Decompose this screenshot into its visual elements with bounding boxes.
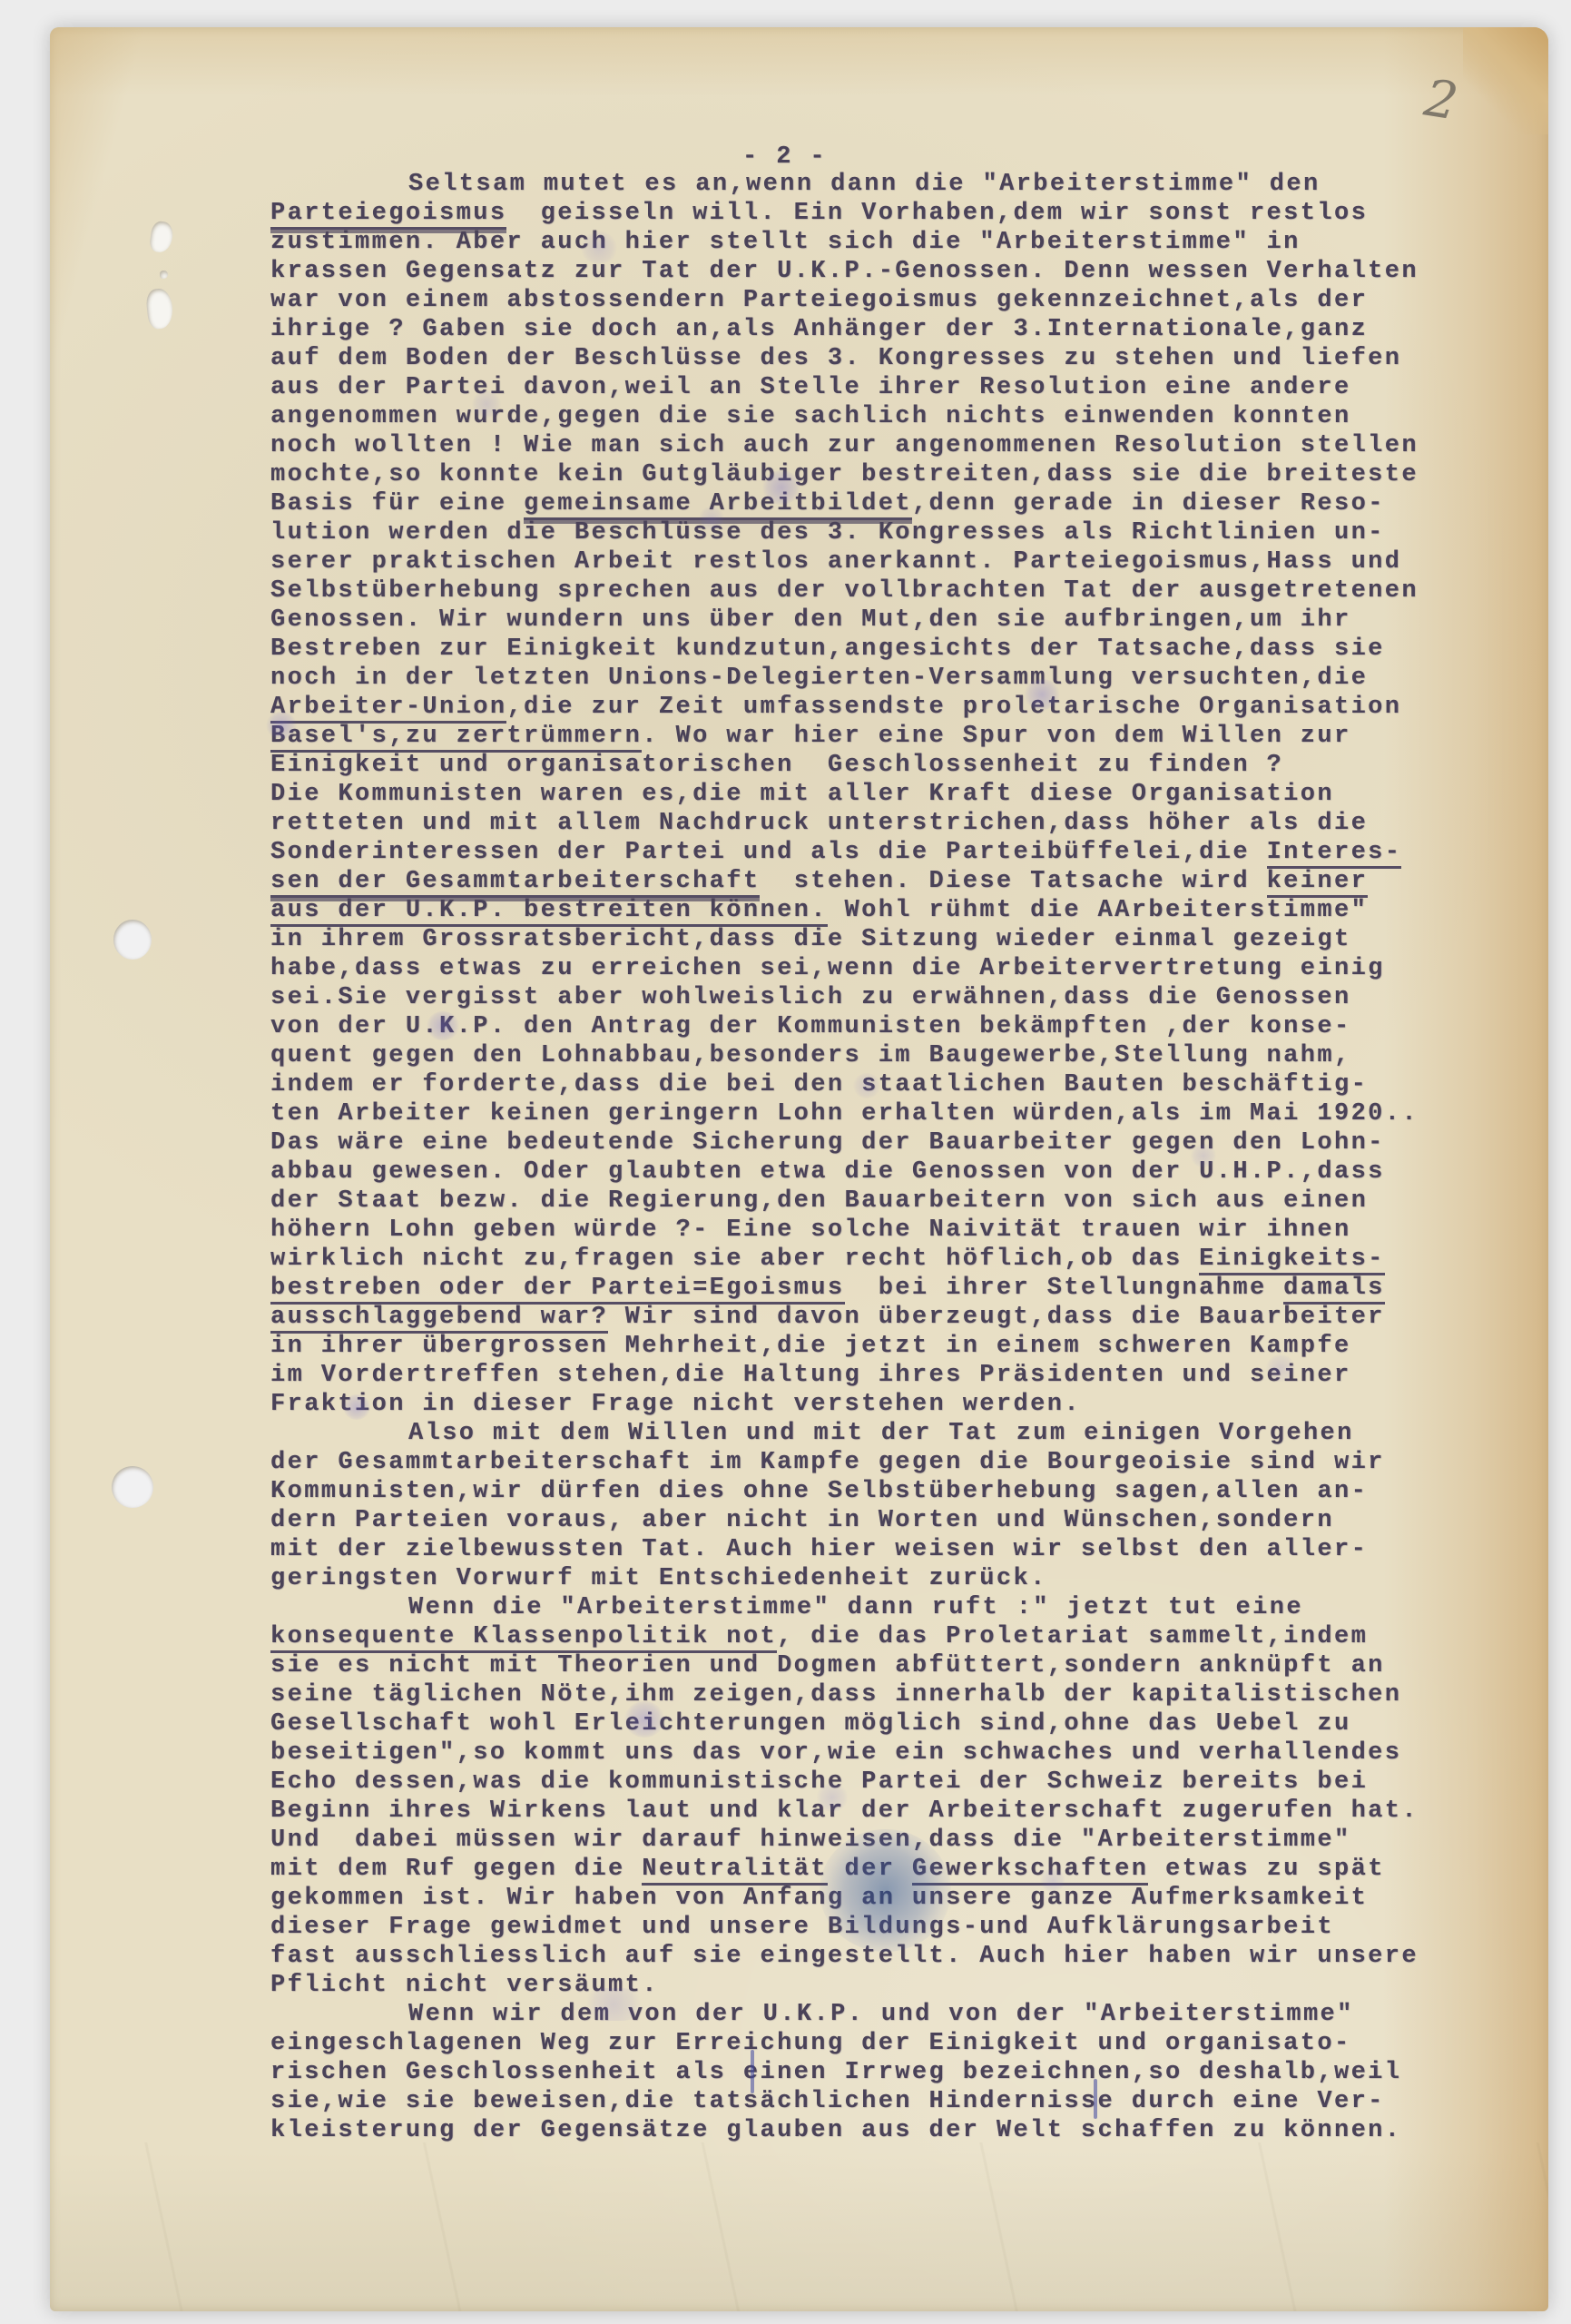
text-line: höhern Lohn geben würde ?- Eine solche N… — [270, 1216, 1505, 1245]
text-line: Genossen. Wir wundern uns über den Mut,d… — [270, 606, 1505, 635]
typed-text-body: Seltsam mutet es an,wenn dann die "Arbei… — [270, 170, 1505, 2145]
text-line: sei.Sie vergisst aber wohlweislich zu er… — [270, 983, 1505, 1012]
text-line: aus der U.K.P. bestreiten können. Wohl r… — [270, 896, 1505, 925]
torn-hole — [149, 220, 174, 253]
text-line: auf dem Boden der Beschlüsse des 3. Kong… — [270, 344, 1505, 373]
text-line: Und dabei müssen wir darauf hinweisen,da… — [270, 1826, 1505, 1855]
text-line: ausschlaggebend war? Wir sind davon über… — [270, 1303, 1505, 1332]
text-line: kleisterung der Gegensätze glauben aus d… — [270, 2116, 1505, 2145]
text-line: Einigkeit und organisatorischen Geschlos… — [270, 751, 1505, 780]
text-line: Das wäre eine bedeutende Sicherung der B… — [270, 1128, 1505, 1157]
text-line: gekommen ist. Wir haben von Anfang an un… — [270, 1884, 1505, 1913]
punch-hole — [113, 920, 152, 960]
text-line: Kommunisten,wir dürfen dies ohne Selbstü… — [270, 1477, 1505, 1506]
text-line: habe,dass etwas zu erreichen sei,wenn di… — [270, 954, 1505, 983]
typed-page-number: - 2 - — [742, 143, 827, 171]
text-line: mochte,so konnte kein Gutgläubiger bestr… — [270, 460, 1505, 489]
text-line: rischen Geschlossenheit als einen Irrweg… — [270, 2058, 1505, 2087]
text-line: mit der zielbewussten Tat. Auch hier wei… — [270, 1535, 1505, 1564]
text-line: fast ausschliesslich auf sie eingestellt… — [270, 1942, 1505, 1971]
text-line: Die Kommunisten waren es,die mit aller K… — [270, 780, 1505, 809]
text-line: dern Parteien voraus, aber nicht in Wort… — [270, 1506, 1505, 1535]
text-line: ten Arbeiter keinen geringern Lohn erhal… — [270, 1099, 1505, 1128]
text-line: zustimmen. Aber auch hier stellt sich di… — [270, 228, 1505, 257]
document-page: - 2 - 2 Seltsam mutet es an,wenn dann di… — [50, 27, 1548, 2311]
text-line: Selbstüberhebung sprechen aus der vollbr… — [270, 576, 1505, 606]
text-line: aus der Partei davon,weil an Stelle ihre… — [270, 373, 1505, 402]
text-line: konsequente Klassenpolitik not, die das … — [270, 1622, 1505, 1651]
text-line: abbau gewesen. Oder glaubten etwa die Ge… — [270, 1157, 1505, 1187]
paper-crease — [50, 2142, 1548, 2311]
text-line: Echo dessen,was die kommunistische Parte… — [270, 1768, 1505, 1797]
text-line: retteten und mit allem Nachdruck unterst… — [270, 809, 1505, 838]
text-line: Basis für eine gemeinsame Arbeitbildet,d… — [270, 489, 1505, 518]
text-line: mit dem Ruf gegen die Neutralität der Ge… — [270, 1855, 1505, 1884]
text-line: Basel's,zu zertrümmern. Wo war hier eine… — [270, 722, 1505, 751]
text-line: von der U.K.P. den Antrag der Kommuniste… — [270, 1012, 1505, 1041]
text-line: im Vordertreffen stehen,die Haltung ihre… — [270, 1361, 1505, 1390]
text-line: Pflicht nicht versäumt. — [270, 1971, 1505, 2000]
text-line: ihrige ? Gaben sie doch an,als Anhänger … — [270, 315, 1505, 344]
text-line: dieser Frage gewidmet und unsere Bildung… — [270, 1913, 1505, 1942]
text-line: Bestreben zur Einigkeit kundzutun,angesi… — [270, 635, 1505, 664]
text-line: sen der Gesammtarbeiterschaft stehen. Di… — [270, 867, 1505, 896]
text-line: Beginn ihres Wirkens laut und klar der A… — [270, 1797, 1505, 1826]
text-line: beseitigen",so kommt uns das vor,wie ein… — [270, 1738, 1505, 1768]
text-line: noch wollten ! Wie man sich auch zur ang… — [270, 431, 1505, 460]
text-line: der Gesammtarbeiterschaft im Kampfe gege… — [270, 1448, 1505, 1477]
text-line: sie es nicht mit Theorien und Dogmen abf… — [270, 1651, 1505, 1680]
text-line: eingeschlagenen Weg zur Erreichung der E… — [270, 2029, 1505, 2058]
text-line: in ihrem Grossratsbericht,dass die Sitzu… — [270, 925, 1505, 954]
text-line: Also mit dem Willen und mit der Tat zum … — [270, 1419, 1505, 1448]
scanned-document-background: { "colors": { "ink": "#4a4258", "paper":… — [0, 0, 1571, 2324]
text-line: war von einem abstossendern Parteiegoism… — [270, 286, 1505, 315]
text-line: angenommen wurde,gegen die sie sachlich … — [270, 402, 1505, 431]
punch-hole — [112, 1466, 153, 1508]
text-line: geringsten Vorwurf mit Entschiedenheit z… — [270, 1564, 1505, 1593]
text-line: Arbeiter-Union,die zur Zeit umfassendste… — [270, 693, 1505, 722]
text-line: Fraktion in dieser Frage nicht verstehen… — [270, 1390, 1505, 1419]
torn-hole — [145, 288, 174, 330]
text-line: noch in der letzten Unions-Delegierten-V… — [270, 664, 1505, 693]
text-line: serer praktischen Arbeit restlos anerkan… — [270, 547, 1505, 576]
text-line: quent gegen den Lohnabbau,besonders im B… — [270, 1041, 1505, 1070]
text-line: Wenn die "Arbeiterstimme" dann ruft :" j… — [270, 1593, 1505, 1622]
handwritten-page-number: 2 — [1420, 69, 1461, 133]
text-line: Sonderinteressen der Partei und als die … — [270, 838, 1505, 867]
torn-speck — [160, 271, 168, 279]
text-line: krassen Gegensatz zur Tat der U.K.P.-Gen… — [270, 257, 1505, 286]
text-line: Seltsam mutet es an,wenn dann die "Arbei… — [270, 170, 1505, 199]
text-line: der Staat bezw. die Regierung,den Bauarb… — [270, 1187, 1505, 1216]
text-line: bestreben oder der Partei=Egoismus bei i… — [270, 1274, 1505, 1303]
corner-fold — [1463, 27, 1548, 134]
text-line: indem er forderte,dass die bei den staat… — [270, 1070, 1505, 1099]
text-line: Wenn wir dem von der U.K.P. und von der … — [270, 2000, 1505, 2029]
text-line: wirklich nicht zu,fragen sie aber recht … — [270, 1245, 1505, 1274]
text-line: sie,wie sie beweisen,die tatsächlichen H… — [270, 2087, 1505, 2116]
text-line: Parteiegoismus geisseln will. Ein Vorhab… — [270, 199, 1505, 228]
text-line: in ihrer übergrossen Mehrheit,die jetzt … — [270, 1332, 1505, 1361]
text-line: lution werden die Beschlüsse des 3. Kong… — [270, 518, 1505, 547]
text-line: seine täglichen Nöte,ihm zeigen,dass inn… — [270, 1680, 1505, 1709]
text-line: Gesellschaft wohl Erleichterungen möglic… — [270, 1709, 1505, 1738]
